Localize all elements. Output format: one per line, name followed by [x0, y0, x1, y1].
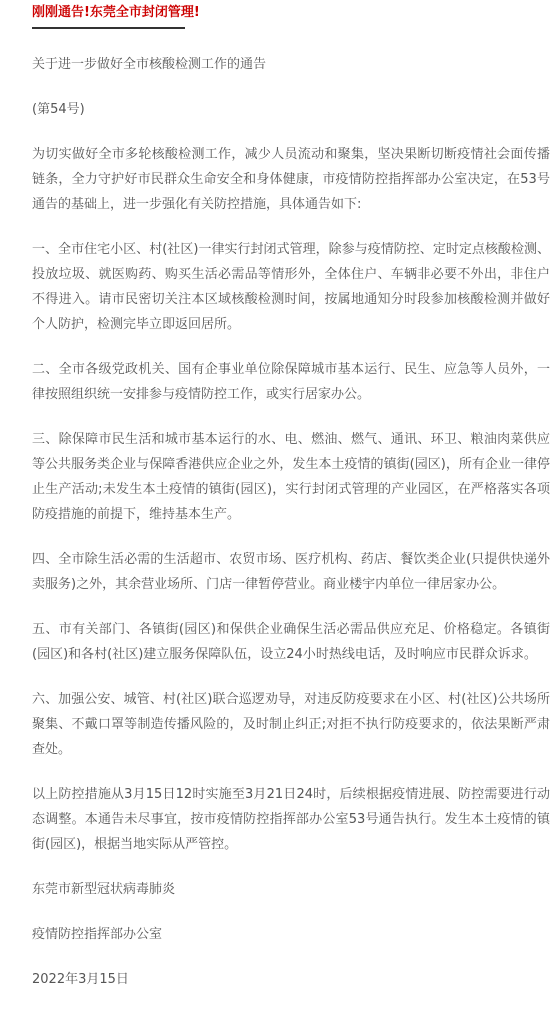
- measure-item-5: 五、市有关部门、各镇街(园区)和保供企业确保生活必需品供应充足、价格稳定。各镇街…: [32, 617, 550, 667]
- issuer-line-1: 东莞市新型冠状病毒肺炎: [32, 877, 550, 902]
- notice-article: 刚刚通告!东莞全市封闭管理! 关于进一步做好全市核酸检测工作的通告 (第54号)…: [0, 0, 558, 1022]
- issuer-line-2: 疫情防控指挥部办公室: [32, 922, 550, 947]
- notice-number: (第54号): [32, 97, 550, 122]
- measure-item-1: 一、全市住宅小区、村(社区)一律实行封闭式管理，除参与疫情防控、定时定点核酸检测…: [32, 237, 550, 337]
- headline-underline: [32, 27, 185, 29]
- measure-item-4: 四、全市除生活必需的生活超市、农贸市场、医疗机构、药店、餐饮类企业(只提供快递外…: [32, 547, 550, 597]
- issue-date: 2022年3月15日: [32, 967, 550, 992]
- article-headline: 刚刚通告!东莞全市封闭管理!: [32, 3, 550, 23]
- notice-title: 关于进一步做好全市核酸检测工作的通告: [32, 52, 550, 77]
- closing-paragraph: 以上防控措施从3月15日12时实施至3月21日24时，后续根据疫情进展、防控需要…: [32, 782, 550, 857]
- measure-item-2: 二、全市各级党政机关、国有企事业单位除保障城市基本运行、民生、应急等人员外，一律…: [32, 357, 550, 407]
- measure-item-6: 六、加强公安、城管、村(社区)联合巡逻劝导，对违反防疫要求在小区、村(社区)公共…: [32, 687, 550, 762]
- intro-paragraph: 为切实做好全市多轮核酸检测工作，减少人员流动和聚集，坚决果断切断疫情社会面传播链…: [32, 142, 550, 217]
- measure-item-3: 三、除保障市民生活和城市基本运行的水、电、燃油、燃气、通讯、环卫、粮油肉菜供应等…: [32, 427, 550, 527]
- article-title-block: 刚刚通告!东莞全市封闭管理!: [32, 3, 550, 29]
